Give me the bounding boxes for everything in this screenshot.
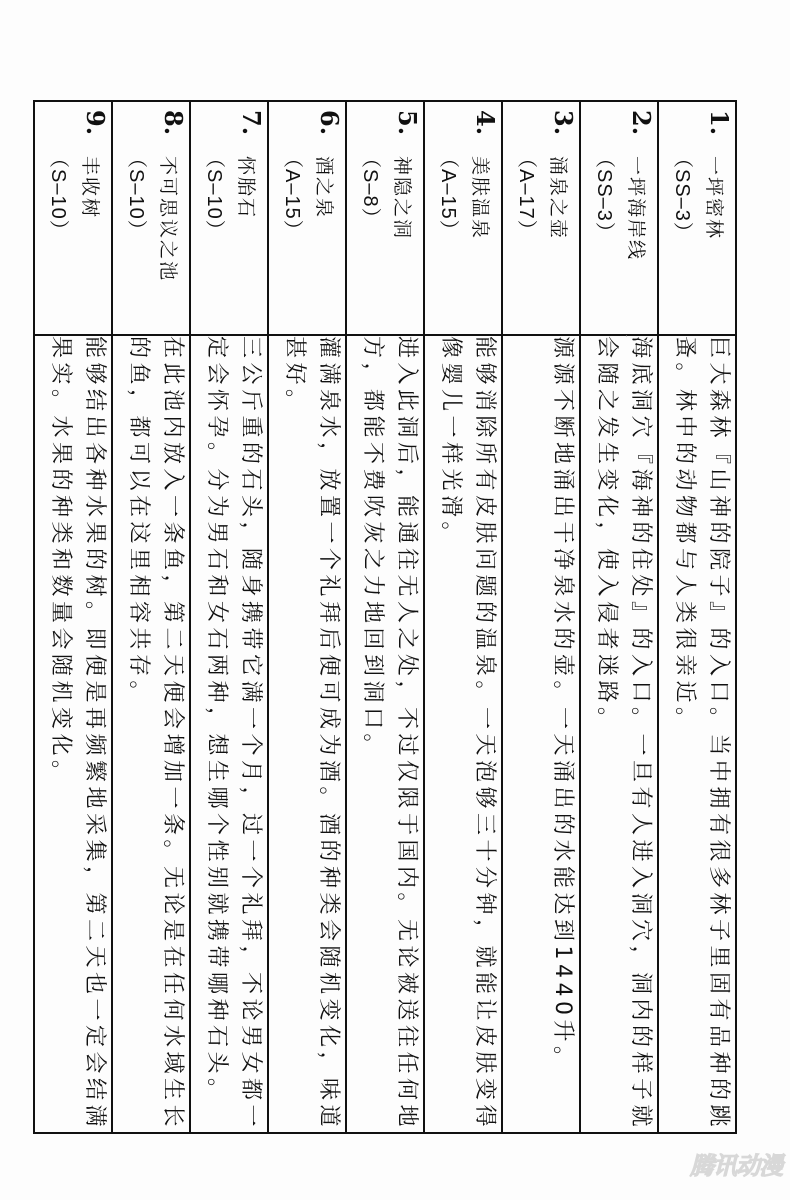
item-number: 3. bbox=[549, 110, 577, 135]
item-description: 源源不断地涌出干净泉水的壶。一天涌出的水能达到1440升。 bbox=[545, 336, 579, 1132]
rotated-table-container: 1. 一坪密林 （SS–3） 巨大森林『山神的院子』的入口。当中拥有很多林子里固… bbox=[49, 100, 737, 1128]
item-number: 2. bbox=[627, 110, 655, 135]
item-rank: （S–10） bbox=[201, 148, 227, 241]
item-rank: （SS–3） bbox=[669, 148, 695, 243]
item-description-cell: 巨大森林『山神的院子』的入口。当中拥有很多林子里固有品种的跳蚤。林中的动物都与人… bbox=[658, 335, 736, 1133]
item-description: 能够消除所有皮肤问题的温泉。一天泡够三十分钟，就能让皮肤变得像婴儿一样光滑。 bbox=[433, 336, 501, 1132]
item-description: 海底洞穴『海神的住处』的入口。一旦有人进入洞穴，洞内的样子就会随之发生变化，使入… bbox=[589, 336, 657, 1132]
item-description-cell: 源源不断地涌出干净泉水的壶。一天涌出的水能达到1440升。 bbox=[502, 335, 580, 1133]
item-rank: （S–10） bbox=[123, 148, 149, 241]
item-name: 美肤温泉 bbox=[467, 156, 493, 240]
table-row: 6. 酒之泉 （A–15） 灌满泉水，放置一个礼拜后便可成为酒。酒的种类会随机变… bbox=[268, 101, 346, 1133]
item-name-cell: 3. 涌泉之壶 （A–17） bbox=[502, 101, 580, 335]
item-description-cell: 能够结出各种水果的树。即便是再频繁地采集，第二天也一定会结满果实。水果的种类和数… bbox=[34, 335, 112, 1133]
item-number: 6. bbox=[315, 110, 343, 135]
table-row: 9. 丰收树 （S–10） 能够结出各种水果的树。即便是再频繁地采集，第二天也一… bbox=[34, 101, 112, 1133]
item-name-cell: 4. 美肤温泉 （A–15） bbox=[424, 101, 502, 335]
table-row: 4. 美肤温泉 （A–15） 能够消除所有皮肤问题的温泉。一天泡够三十分钟，就能… bbox=[424, 101, 502, 1133]
item-description: 三公斤重的石头，随身携带它满一个月，过一个礼拜，不论男女都一定会怀孕。分为男石和… bbox=[199, 336, 267, 1132]
item-rank: （A–15） bbox=[435, 148, 461, 241]
item-name: 酒之泉 bbox=[311, 156, 337, 219]
item-description-cell: 三公斤重的石头，随身携带它满一个月，过一个礼拜，不论男女都一定会怀孕。分为男石和… bbox=[190, 335, 268, 1133]
item-number: 5. bbox=[393, 110, 421, 135]
item-rank: （SS–3） bbox=[591, 148, 617, 243]
item-number: 4. bbox=[471, 110, 499, 135]
table-row: 8. 不可思议之池 （S–10） 在此池内放入一条鱼，第二天便会增加一条。无论是… bbox=[112, 101, 190, 1133]
item-number: 8. bbox=[159, 110, 187, 135]
item-name-cell: 2. 一坪海岸线 （SS–3） bbox=[580, 101, 658, 335]
item-name: 一坪密林 bbox=[701, 156, 727, 240]
item-name: 丰收树 bbox=[77, 156, 103, 219]
item-name-cell: 9. 丰收树 （S–10） bbox=[34, 101, 112, 335]
watermark-logo: 腾讯动漫 bbox=[690, 1146, 782, 1181]
table-row: 3. 涌泉之壶 （A–17） 源源不断地涌出干净泉水的壶。一天涌出的水能达到14… bbox=[502, 101, 580, 1133]
scanned-page: 1. 一坪密林 （SS–3） 巨大森林『山神的院子』的入口。当中拥有很多林子里固… bbox=[0, 0, 790, 1200]
item-description: 进入此洞后，能通往无人之处，不过仅限于国内。无论被送往任何地方，都能不费吹灰之力… bbox=[355, 336, 423, 1132]
item-name-cell: 6. 酒之泉 （A–15） bbox=[268, 101, 346, 335]
item-rank: （A–17） bbox=[513, 148, 539, 241]
item-name: 神隐之洞 bbox=[389, 156, 415, 240]
item-description: 在此池内放入一条鱼，第二天便会增加一条。无论是在任何水域生长的鱼，都可以在这里相… bbox=[121, 336, 189, 1132]
table-row: 2. 一坪海岸线 （SS–3） 海底洞穴『海神的住处』的入口。一旦有人进入洞穴，… bbox=[580, 101, 658, 1133]
item-description-cell: 海底洞穴『海神的住处』的入口。一旦有人进入洞穴，洞内的样子就会随之发生变化，使入… bbox=[580, 335, 658, 1133]
item-name: 不可思议之池 bbox=[155, 156, 181, 282]
item-number: 7. bbox=[237, 110, 265, 135]
item-table: 1. 一坪密林 （SS–3） 巨大森林『山神的院子』的入口。当中拥有很多林子里固… bbox=[33, 100, 737, 1134]
scan-speck: · bbox=[625, 332, 628, 342]
item-name-cell: 7. 怀胎石 （S–10） bbox=[190, 101, 268, 335]
item-description-cell: 在此池内放入一条鱼，第二天便会增加一条。无论是在任何水域生长的鱼，都可以在这里相… bbox=[112, 335, 190, 1133]
item-description-cell: 灌满泉水，放置一个礼拜后便可成为酒。酒的种类会随机变化，味道甚好。 bbox=[268, 335, 346, 1133]
item-description: 巨大森林『山神的院子』的入口。当中拥有很多林子里固有品种的跳蚤。林中的动物都与人… bbox=[667, 336, 735, 1132]
table-row: 1. 一坪密林 （SS–3） 巨大森林『山神的院子』的入口。当中拥有很多林子里固… bbox=[658, 101, 736, 1133]
item-name-cell: 8. 不可思议之池 （S–10） bbox=[112, 101, 190, 335]
table-row: 7. 怀胎石 （S–10） 三公斤重的石头，随身携带它满一个月，过一个礼拜，不论… bbox=[190, 101, 268, 1133]
item-name: 涌泉之壶 bbox=[545, 156, 571, 240]
item-description: 灌满泉水，放置一个礼拜后便可成为酒。酒的种类会随机变化，味道甚好。 bbox=[277, 336, 345, 1132]
item-name-cell: 5. 神隐之洞 （S–8） bbox=[346, 101, 424, 335]
item-description-cell: 能够消除所有皮肤问题的温泉。一天泡够三十分钟，就能让皮肤变得像婴儿一样光滑。 bbox=[424, 335, 502, 1133]
table-row: 5. 神隐之洞 （S–8） 进入此洞后，能通往无人之处，不过仅限于国内。无论被送… bbox=[346, 101, 424, 1133]
item-name: 一坪海岸线 bbox=[623, 156, 649, 261]
item-number: 9. bbox=[81, 110, 109, 135]
item-description-cell: 进入此洞后，能通往无人之处，不过仅限于国内。无论被送往任何地方，都能不费吹灰之力… bbox=[346, 335, 424, 1133]
item-rank: （S–8） bbox=[357, 148, 383, 229]
item-name-cell: 1. 一坪密林 （SS–3） bbox=[658, 101, 736, 335]
item-rank: （S–10） bbox=[45, 148, 71, 241]
item-rank: （A–15） bbox=[279, 148, 305, 241]
item-name: 怀胎石 bbox=[233, 156, 259, 219]
item-description: 能够结出各种水果的树。即便是再频繁地采集，第二天也一定会结满果实。水果的种类和数… bbox=[43, 336, 111, 1132]
item-number: 1. bbox=[705, 110, 733, 135]
